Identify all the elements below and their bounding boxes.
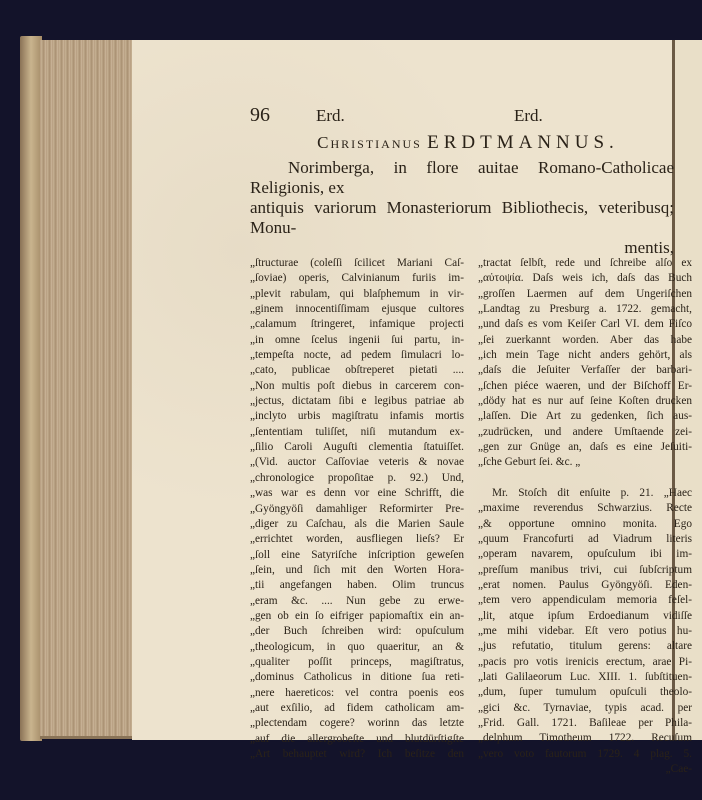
intro-line: Norimberga, in flore auitae Romano-Catho… [250, 158, 674, 198]
text-line: „Non multis poſt diebus in carcerem con- [250, 379, 464, 394]
running-head-left: Erd. [316, 106, 345, 126]
text-line: „pacis pro votis irenicis erectum, arae … [478, 655, 692, 670]
text-line: „laſſen. Die Art zu gedenken, ſich aus- [478, 409, 692, 424]
text-line: „ginem innocentiſſimam ejusque cultores [250, 302, 464, 317]
text-line: „erat nomen. Paulus Gyöngyöſi. Eden- [478, 578, 692, 593]
text-line: „Landtag zu Presburg a. 1722. gemacht, [478, 302, 692, 317]
text-line: „lati Galilaeorum Luc. XIII. 1. ſubſtitu… [478, 670, 692, 685]
text-line: „ſein, und ſich mit den Worten Hora- [250, 563, 464, 578]
book-cover-edge [20, 36, 42, 741]
text-line: „ſei zuerkannt worden. Aber das habe [478, 333, 692, 348]
text-line: „groſſen Laermen auf dem Ungeriſchen [478, 287, 692, 302]
text-line: „ſchen piéce waeren, und der Biſchoff Er… [478, 379, 692, 394]
two-column-body: „ſtructurae (coleſſi ſcilicet Mariani Ca… [250, 256, 694, 777]
text-line: „ſoll eine Satyriſche inſcription geweſe… [250, 548, 464, 563]
text-line: „daſs die Jeſuiter Verfaſſer der barbari… [478, 363, 692, 378]
text-line: „qualiter poſſit princeps, magiſtratus, [250, 655, 464, 670]
text-line: „jectus, dictatam ſibi e legibus patriae… [250, 394, 464, 409]
text-line: „gen ob ein ſo eifriger papiomaſtix ein … [250, 609, 464, 624]
text-line: „auf die allergrobeſte und blutdürſtigſt… [250, 732, 464, 747]
text-line: „lit, atque ipſum Erdoedianum vidiſſe [478, 609, 692, 624]
text-line: „gen zur Gnüge an, daſs es eine Jeſuiti- [478, 440, 692, 455]
text-line: „in omne ſcelus ingenii ſui partu, in- [250, 333, 464, 348]
stosch-paragraph: Mr. Stoſch dit enſuite p. 21. „Haec„maxi… [478, 486, 692, 762]
text-line: „der Buch ſchreiben wird: opuſculum [250, 624, 464, 639]
text-line: „& opportune omnino monita. Ego [478, 517, 692, 532]
text-line: „ſche Geburt ſei. &c. „ [478, 455, 692, 470]
text-line: „plectendam cogere? worinn das letzte [250, 716, 464, 731]
intro-line: mentis, [250, 238, 674, 258]
text-line: „ſilio Caroli Auguſti clementia ſtatuiſſ… [250, 440, 464, 455]
page-content: 96 Erd. Erd. Christianus ERDTMANNUS. Nor… [236, 104, 680, 258]
text-line: „eram &c. .... Nun gebe zu erwe- [250, 594, 464, 609]
text-line: „was war es denn vor eine Schrifft, die [250, 486, 464, 501]
right-column: „tractat ſelbſt, rede und ſchreibe alſo … [478, 256, 692, 777]
entry-title: Christianus ERDTMANNUS. [236, 132, 680, 154]
text-line: „nere haereticos: vel contra poenis eos [250, 686, 464, 701]
intro-line: antiquis variorum Monasteriorum Biblioth… [250, 198, 674, 238]
text-line: „ſtructurae (coleſſi ſcilicet Mariani Ca… [250, 256, 464, 271]
text-line: „theologicum, in quo quaeritur, an & [250, 640, 464, 655]
text-line: „(Vid. auctor Caſſoviae veteris & novae [250, 455, 464, 470]
text-line: „Art behauptet wird? Ich beſitze den [250, 747, 464, 762]
text-line: „chronologice propoſitae p. 92.) Und, [250, 471, 464, 486]
title-first-name: Christianus [317, 133, 422, 152]
title-surname: ERDTMANNUS. [427, 132, 619, 153]
paragraph-gap [478, 471, 692, 486]
page-number: 96 [250, 104, 270, 127]
intro-paragraph: Norimberga, in flore auitae Romano-Catho… [236, 158, 680, 258]
text-line: Mr. Stoſch dit enſuite p. 21. „Haec [478, 486, 692, 501]
text-line: „quum Francofurti ad Viadrum literis [478, 532, 692, 547]
text-line: „plevit rabulam, qui blaſphemum in vir- [250, 287, 464, 302]
text-line: „cato, publicae obſtreperet pietati .... [250, 363, 464, 378]
text-line: „dödy hat es nur auf ſeine Koſten drucke… [478, 394, 692, 409]
text-line: „operam navarem, opuſculum ibi im- [478, 547, 692, 562]
text-line: „errichtet worden, ausfliegen lieſs? Er [250, 532, 464, 547]
text-line: „Frid. Gall. 1721. Baſileae per Phila- [478, 716, 692, 731]
text-line: „zudrücken, und andere Umſtaende zei- [478, 425, 692, 440]
running-head-right: Erd. [514, 106, 543, 126]
text-line: „maxime reverendus Schwarzius. Recte [478, 501, 692, 516]
text-line: „dum, ſuper tumulum opuſculi theolo- [478, 685, 692, 700]
catchword: „Cae- [478, 762, 692, 777]
text-line: „dominus Catholicus in ditione ſua reti- [250, 670, 464, 685]
text-line: „tii angefangen haben. Olim truncus [250, 578, 464, 593]
text-line: „vero voto fautorum 1729. 4 plag. 5. [478, 747, 692, 762]
text-line: „calamum ſtringeret, infamique projecti [250, 317, 464, 332]
text-line: „me mihi videbar. Eſt vero potius hu- [478, 624, 692, 639]
text-line: „gici &c. Tyrnaviae, typis acad. per [478, 701, 692, 716]
left-column: „ſtructurae (coleſſi ſcilicet Mariani Ca… [250, 256, 464, 777]
text-line: „tem vero appendiculam memoria feſel- [478, 593, 692, 608]
text-line: „aut exſilio, ad fidem catholicam am- [250, 701, 464, 716]
text-line: „jus refutatio, titulum gerens: altare [478, 639, 692, 654]
text-line: „Gyöngyöſi damahliger Reformirter Pre- [250, 502, 464, 517]
text-line: „tractat ſelbſt, rede und ſchreibe alſo … [478, 256, 692, 271]
text-line: „preſſum manibus trivi, cui ſubſcriptum [478, 563, 692, 578]
quote-block: „tractat ſelbſt, rede und ſchreibe alſo … [478, 256, 692, 471]
text-line: „tempeſta nocte, ad pedem ſimulacri lo- [250, 348, 464, 363]
text-line: „αὐτοψία. Daſs weis ich, daſs das Buch [478, 271, 692, 286]
text-line: „diger zu Caſchau, als die Marien Saule [250, 517, 464, 532]
running-header: 96 Erd. Erd. [236, 104, 680, 130]
text-line: „ſoviae) operis, Calvinianum furiis im- [250, 271, 464, 286]
text-line: „ſententiam tuliſſet, niſi mutandum ex- [250, 425, 464, 440]
text-line: „und daſs es vom Keiſer Carl VI. dem Fiſ… [478, 317, 692, 332]
text-line: „delphum Timotheum 1722. Recuſum [478, 731, 692, 746]
text-line: „ich mein Tage nicht anders gehört, als [478, 348, 692, 363]
text-line: „inclyto urbis magiſtratu infamis mortis [250, 409, 464, 424]
